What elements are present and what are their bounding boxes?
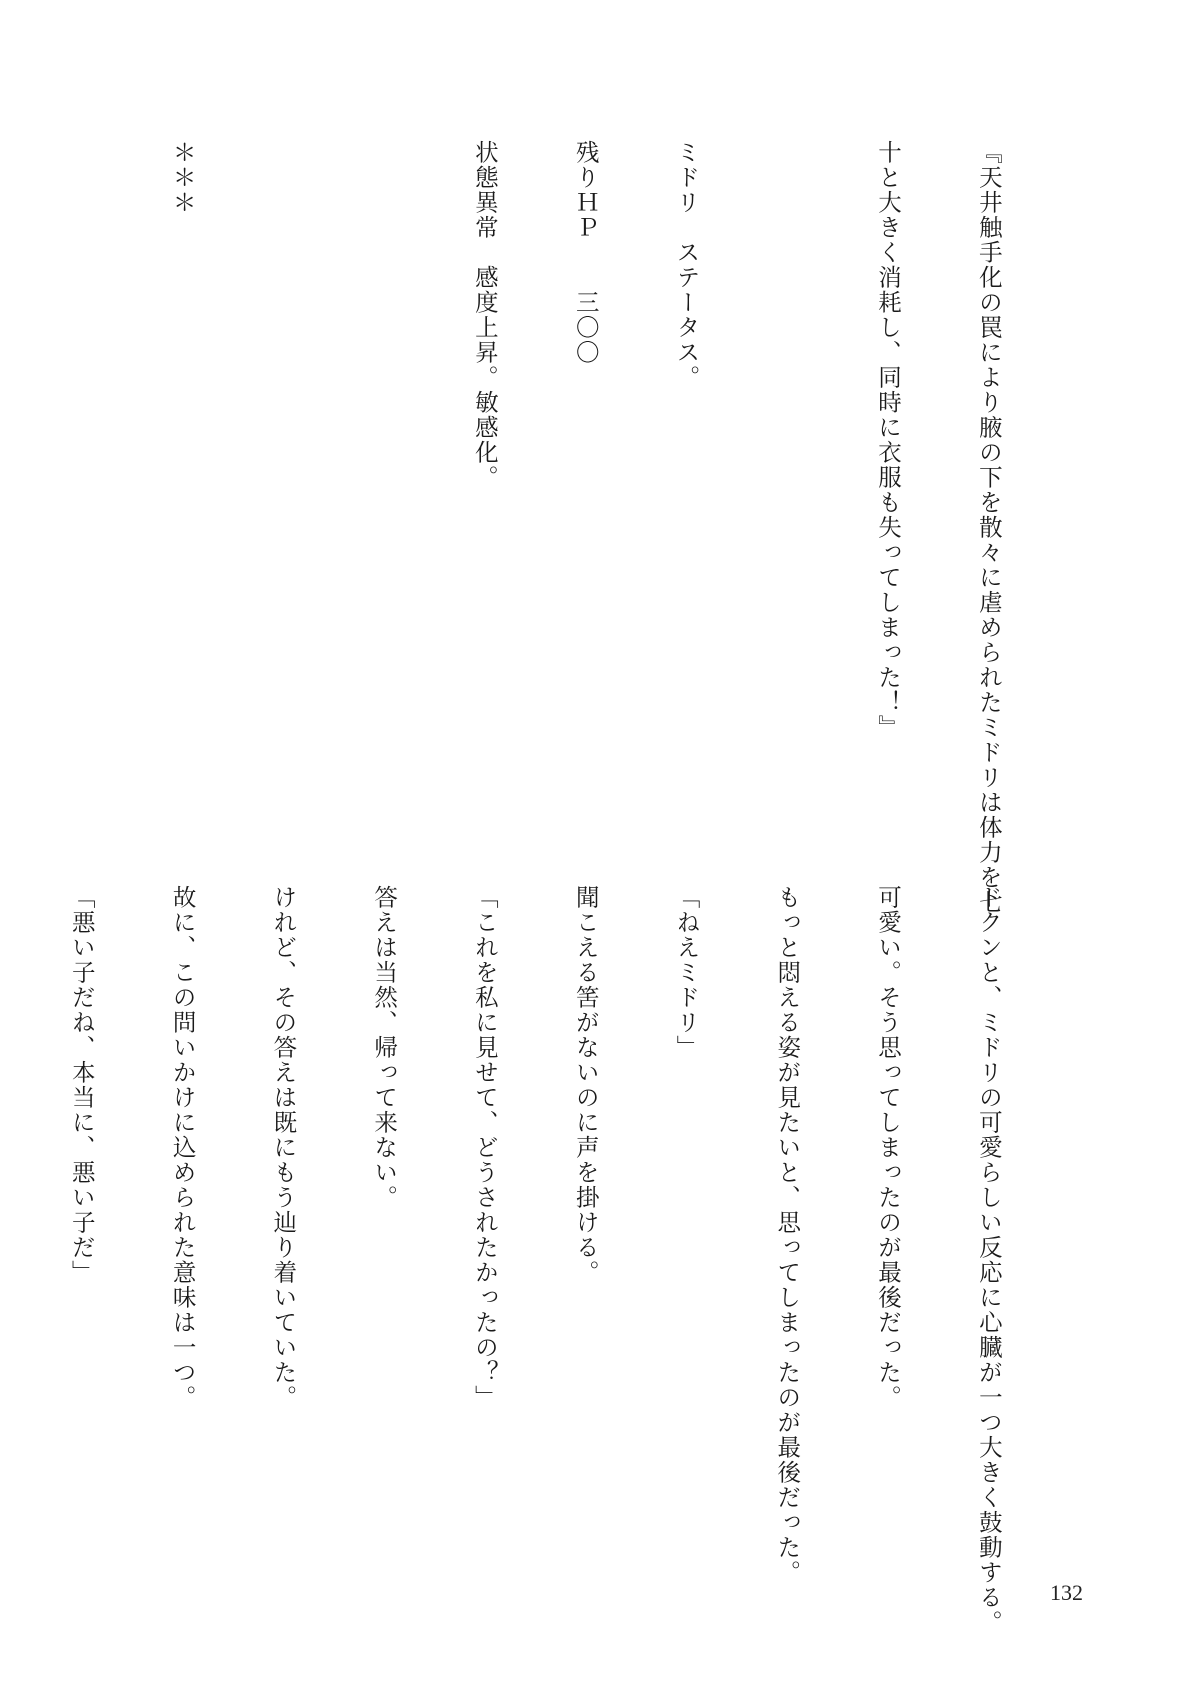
text-line: [770, 140, 804, 830]
page-number: 132: [1050, 1580, 1083, 1606]
text-line: 「ねえミドリ」: [669, 885, 703, 1575]
text-line: けれど、その答えは既にもう辿り着いていた。: [266, 885, 300, 1575]
text-line: [64, 140, 98, 830]
text-line: [266, 140, 300, 830]
text-line: もっと悶える姿が見たいと、思ってしまったのが最後だった。: [770, 885, 804, 1575]
text-line: 「これを私に見せて、どうされたかったの？」: [467, 885, 501, 1575]
text-line: 故に、この問いかけに込められた意味は一つ。: [165, 885, 199, 1575]
book-page: 『天井触手化の罠により腋の下を散々に虐められたミドリは体力を七 十と大きく消耗し…: [0, 0, 1200, 1695]
text-line: [367, 140, 401, 830]
text-line: ドクンと、ミドリの可愛らしい反応に心臓が一つ大きく鼓動する。: [971, 885, 1005, 1575]
status-line: 残りＨＰ 三〇〇: [568, 140, 602, 830]
text-line: 『天井触手化の罠により腋の下を散々に虐められたミドリは体力を七: [971, 140, 1005, 830]
text-line: 答えは当然、帰って来ない。: [367, 885, 401, 1575]
status-line: 状態異常 感度上昇。敏感化。: [467, 140, 501, 830]
status-line: ミドリ ステータス。: [669, 140, 703, 830]
text-block-top: 『天井触手化の罠により腋の下を散々に虐められたミドリは体力を七 十と大きく消耗し…: [172, 140, 1072, 830]
scene-break: ＊＊＊: [165, 140, 199, 830]
text-line: 聞こえる筈がないのに声を掛ける。: [568, 885, 602, 1575]
text-block-bottom: ドクンと、ミドリの可愛らしい反応に心臓が一つ大きく鼓動する。 可愛い。そう思って…: [172, 885, 1072, 1575]
text-line: 可愛い。そう思ってしまったのが最後だった。: [870, 885, 904, 1575]
text-line: 「悪い子だね、本当に、悪い子だ」: [64, 885, 98, 1575]
text-line: 十と大きく消耗し、同時に衣服も失ってしまった！』: [870, 140, 904, 830]
